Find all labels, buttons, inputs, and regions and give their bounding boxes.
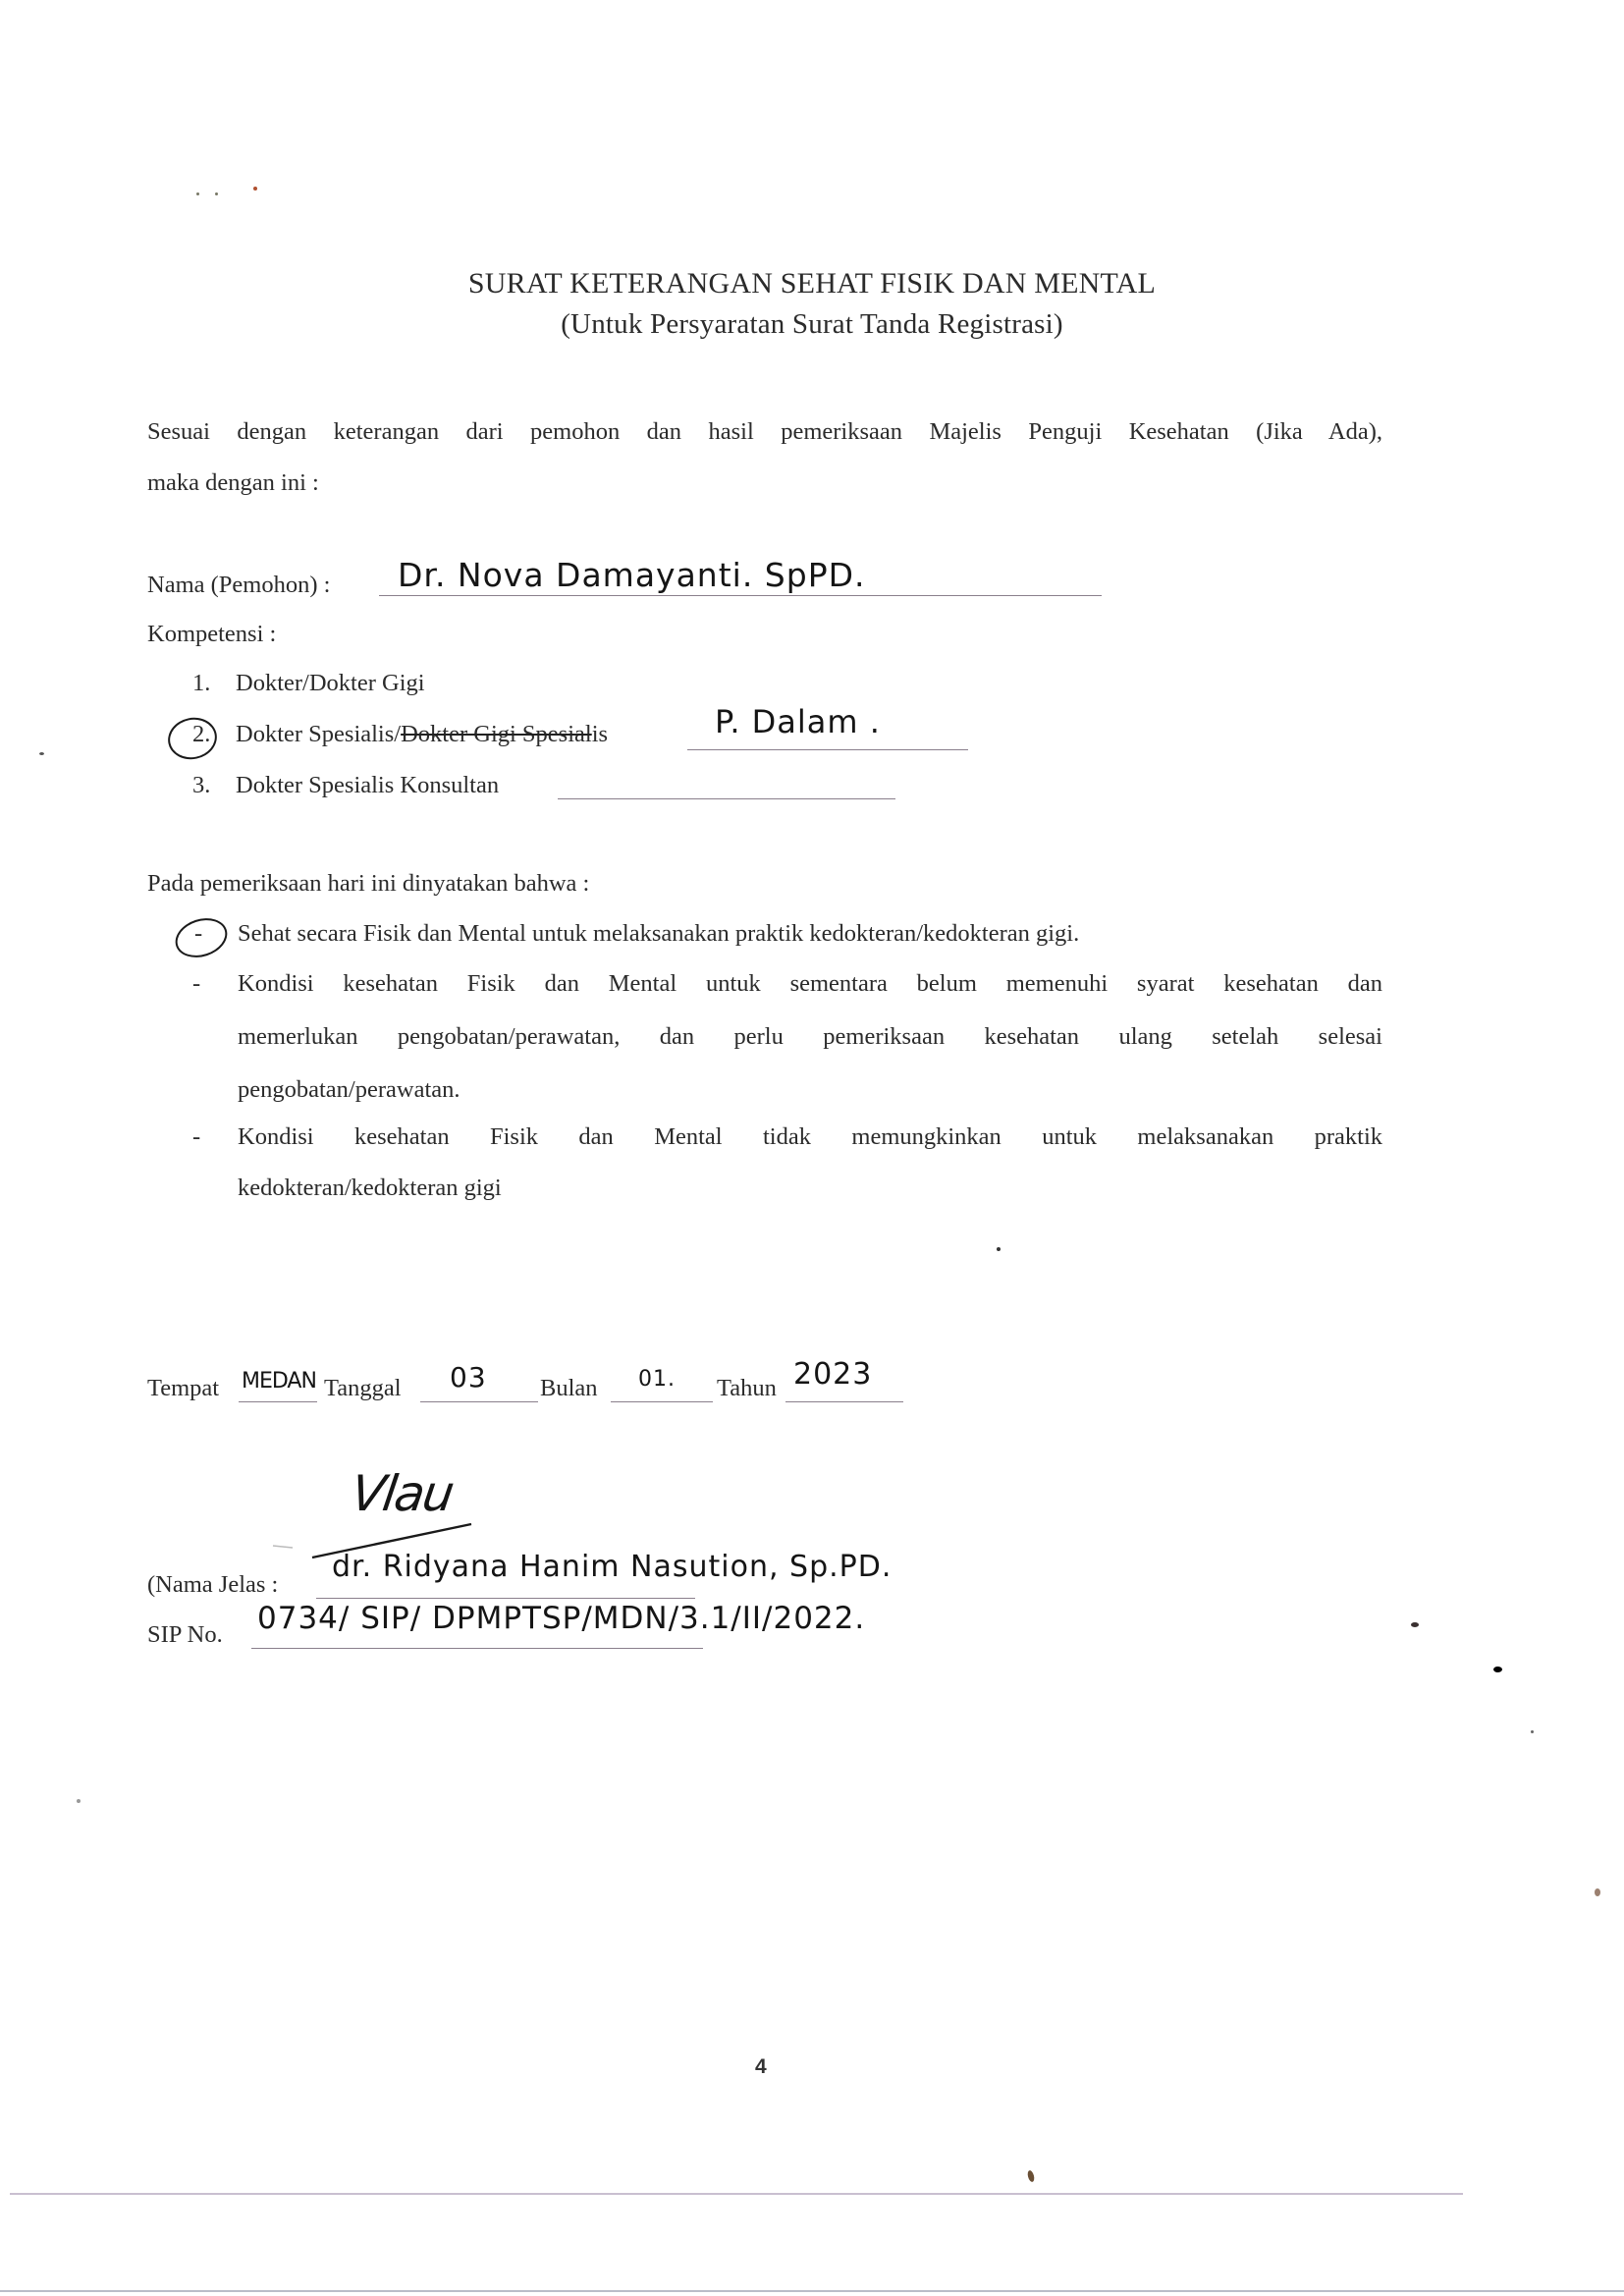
scan-edge-line bbox=[10, 2193, 1463, 2195]
signer-name-field[interactable]: dr. Ridyana Hanim Nasution, Sp.PD. bbox=[332, 1550, 892, 1584]
year-underline bbox=[785, 1401, 903, 1402]
specialty-underline bbox=[687, 749, 968, 750]
intro-line-2: maka dengan ini : bbox=[147, 469, 319, 497]
finding-bullet: - bbox=[194, 920, 202, 948]
speck bbox=[77, 1799, 81, 1803]
day-underline bbox=[420, 1401, 538, 1402]
competence-number: 1. bbox=[192, 670, 210, 697]
place-label: Tempat bbox=[147, 1375, 219, 1402]
finding-line: kedokteran/kedokteran gigi bbox=[238, 1175, 502, 1202]
competence-label: Kompetensi : bbox=[147, 621, 276, 648]
month-label: Bulan bbox=[540, 1375, 598, 1402]
speck bbox=[1411, 1622, 1419, 1627]
speck bbox=[39, 752, 44, 755]
finding-line: Kondisi kesehatan Fisik dan Mental tidak… bbox=[238, 1123, 1382, 1151]
speck bbox=[215, 192, 218, 195]
speck bbox=[1531, 1730, 1534, 1733]
competence-text: Dokter Spesialis Konsultan bbox=[236, 772, 499, 799]
sip-label: SIP No. bbox=[147, 1621, 223, 1649]
applicant-name-field[interactable]: Dr. Nova Damayanti. SpPD. bbox=[398, 556, 866, 594]
speck bbox=[196, 192, 199, 195]
findings-label: Pada pemeriksaan hari ini dinyatakan bah… bbox=[147, 870, 589, 898]
competence-text-struck: Dokter Gigi Spesial bbox=[401, 721, 592, 747]
place-field[interactable]: MEDAN bbox=[242, 1369, 316, 1394]
intro-line-1: Sesuai dengan keterangan dari pemohon da… bbox=[147, 418, 1382, 446]
finding-bullet: - bbox=[192, 970, 200, 998]
speck bbox=[997, 1247, 1001, 1251]
speck bbox=[1027, 2169, 1036, 2182]
signature-mark[interactable]: Vlau bbox=[348, 1465, 457, 1522]
document-title: SURAT KETERANGAN SEHAT FISIK DAN MENTAL bbox=[0, 267, 1624, 301]
specialty-field[interactable]: P. Dalam . bbox=[715, 703, 881, 740]
day-field[interactable]: 03 bbox=[450, 1361, 487, 1394]
speck bbox=[1493, 1667, 1502, 1672]
finding-line: Kondisi kesehatan Fisik dan Mental untuk… bbox=[238, 970, 1382, 998]
speck bbox=[1595, 1888, 1600, 1896]
document-page: SURAT KETERANGAN SEHAT FISIK DAN MENTAL … bbox=[0, 0, 1624, 2296]
competence-text-prefix: Dokter Spesialis/ bbox=[236, 721, 401, 747]
finding-text: Sehat secara Fisik dan Mental untuk mela… bbox=[238, 920, 1079, 948]
place-underline bbox=[239, 1401, 317, 1402]
page-number: 4 bbox=[755, 2055, 767, 2079]
competence-number: 3. bbox=[192, 772, 210, 799]
sip-underline bbox=[251, 1648, 703, 1649]
finding-bullet: - bbox=[192, 1123, 200, 1151]
competence-text-suffix: is bbox=[592, 721, 608, 747]
competence-text: Dokter Spesialis/Dokter Gigi Spesialis bbox=[236, 721, 608, 748]
document-subtitle: (Untuk Persyaratan Surat Tanda Registras… bbox=[0, 308, 1624, 341]
month-underline bbox=[611, 1401, 713, 1402]
scan-bottom-edge bbox=[0, 2290, 1624, 2292]
day-label: Tanggal bbox=[324, 1375, 402, 1402]
year-field[interactable]: 2023 bbox=[793, 1357, 872, 1392]
applicant-underline bbox=[379, 595, 1102, 596]
signer-name-underline bbox=[316, 1598, 695, 1599]
signer-name-label: (Nama Jelas : bbox=[147, 1571, 278, 1599]
competence-number: 2. bbox=[192, 721, 210, 748]
consultant-underline bbox=[558, 798, 895, 799]
speck bbox=[253, 187, 257, 191]
sip-field[interactable]: 0734/ SIP/ DPMPTSP/MDN/3.1/II/2022. bbox=[257, 1601, 865, 1636]
finding-line: memerlukan pengobatan/perawatan, dan per… bbox=[238, 1023, 1382, 1051]
finding-line: pengobatan/perawatan. bbox=[238, 1076, 460, 1104]
month-field[interactable]: 01. bbox=[638, 1367, 676, 1392]
competence-text: Dokter/Dokter Gigi bbox=[236, 670, 425, 697]
applicant-label: Nama (Pemohon) : bbox=[147, 572, 330, 599]
year-label: Tahun bbox=[717, 1375, 777, 1402]
